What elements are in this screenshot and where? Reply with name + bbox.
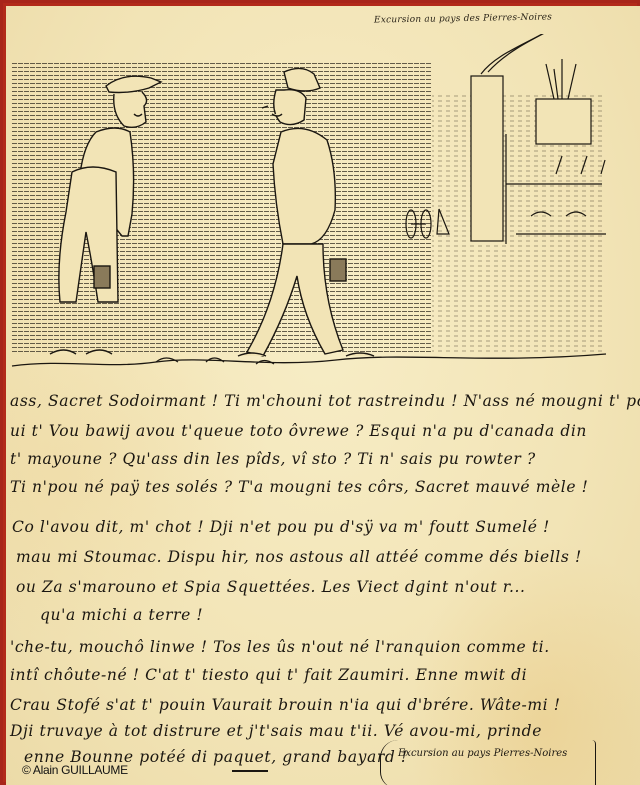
text-line-5: Co l'avou dit, m' chot ! Dji n'et pou pu… [12,518,550,536]
copyright-watermark: © Alain GUILLAUME [22,763,128,777]
text-line-6: mau mi Stoumac. Dispu hir, nos astous al… [16,548,582,566]
text-line-11: Crau Stofé s'at t' pouin Vaurait brouin … [10,696,561,714]
image-frame: Excursion au pays des Pierres-Noires [0,0,640,785]
separator-dash [232,770,268,772]
top-caption: Excursion au pays des Pierres-Noires [374,12,552,25]
text-line-3: t' mayoune ? Qu'ass din les pîds, vî sto… [10,450,536,468]
text-line-12: Dji truvaye à tot distrure et j't'sais m… [10,722,542,740]
signature: Excursion au pays Pierres-Noires [398,748,567,759]
text-line-2: ui t' Vou bawij avou t'queue toto ôvrewe… [10,422,587,440]
text-line-7: ou Za s'marouno et Spia Squettées. Les V… [16,578,526,596]
ground [12,354,606,366]
text-line-9: 'che-tu, mouchô linwe ! Tos les ûs n'out… [10,638,550,656]
text-line-10: intî chôute-né ! C'at t' tiesto qui t' f… [10,666,527,684]
text-line-8: qu'a michi a terre ! [40,606,203,624]
illustration [6,34,640,374]
text-line-1: ass, Sacret Sodoirmant ! Ti m'chouni tot… [10,392,640,410]
text-line-4: Ti n'pou né paÿ tes solés ? T'a mougni t… [10,478,588,496]
signature-bracket [380,740,596,785]
paper-sheet: Excursion au pays des Pierres-Noires [6,6,640,785]
